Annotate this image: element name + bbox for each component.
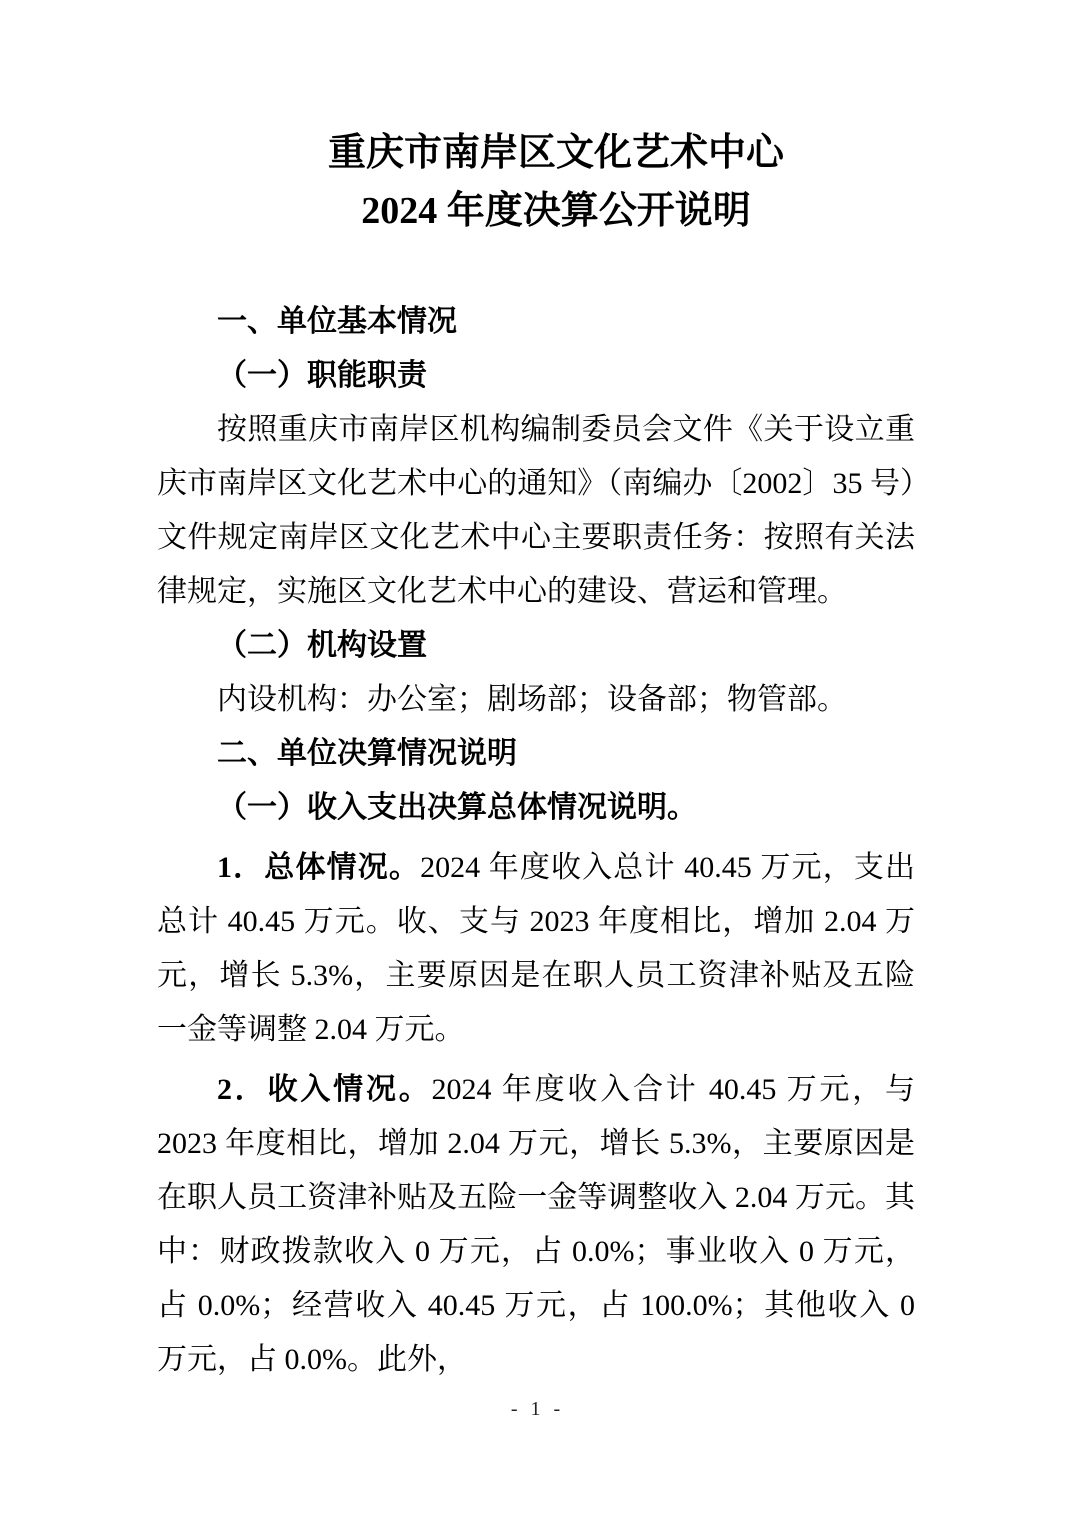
document-title-line2: 2024 年度决算公开说明 bbox=[197, 182, 915, 240]
paragraph-income-text: 2024 年度收入合计 40.45 万元，与 2023 年度相比，增加 2.04… bbox=[157, 1073, 915, 1376]
paragraph-duties: 按照重庆市南岸区机构编制委员会文件《关于设立重庆市南岸区文化艺术中心的通知》（南… bbox=[157, 403, 915, 619]
page-number: - 1 - bbox=[0, 1398, 1075, 1421]
paragraph-income: 2．收入情况。2024 年度收入合计 40.45 万元，与 2023 年度相比，… bbox=[157, 1063, 915, 1387]
paragraph-income-lead: 2．收入情况。 bbox=[217, 1073, 432, 1106]
document-title-line1: 重庆市南岸区文化艺术中心 bbox=[197, 124, 915, 182]
section-heading-1: 一、单位基本情况 bbox=[157, 295, 915, 349]
document-body: 一、单位基本情况 （一）职能职责 按照重庆市南岸区机构编制委员会文件《关于设立重… bbox=[157, 295, 915, 1387]
document-content: 重庆市南岸区文化艺术中心 2024 年度决算公开说明 一、单位基本情况 （一）职… bbox=[157, 0, 915, 1387]
paragraph-org-structure: 内设机构：办公室；剧场部；设备部；物管部。 bbox=[157, 673, 915, 727]
subsection-heading-1-2: （二）机构设置 bbox=[157, 619, 915, 673]
subsection-heading-2-1: （一）收入支出决算总体情况说明。 bbox=[157, 781, 915, 835]
document-page: 重庆市南岸区文化艺术中心 2024 年度决算公开说明 一、单位基本情况 （一）职… bbox=[0, 0, 1075, 1520]
subsection-heading-1-1: （一）职能职责 bbox=[157, 349, 915, 403]
paragraph-overall: 1．总体情况。2024 年度收入总计 40.45 万元，支出总计 40.45 万… bbox=[157, 841, 915, 1057]
document-title: 重庆市南岸区文化艺术中心 2024 年度决算公开说明 bbox=[157, 124, 915, 240]
section-heading-2: 二、单位决算情况说明 bbox=[157, 727, 915, 781]
paragraph-overall-lead: 1．总体情况。 bbox=[217, 851, 420, 884]
